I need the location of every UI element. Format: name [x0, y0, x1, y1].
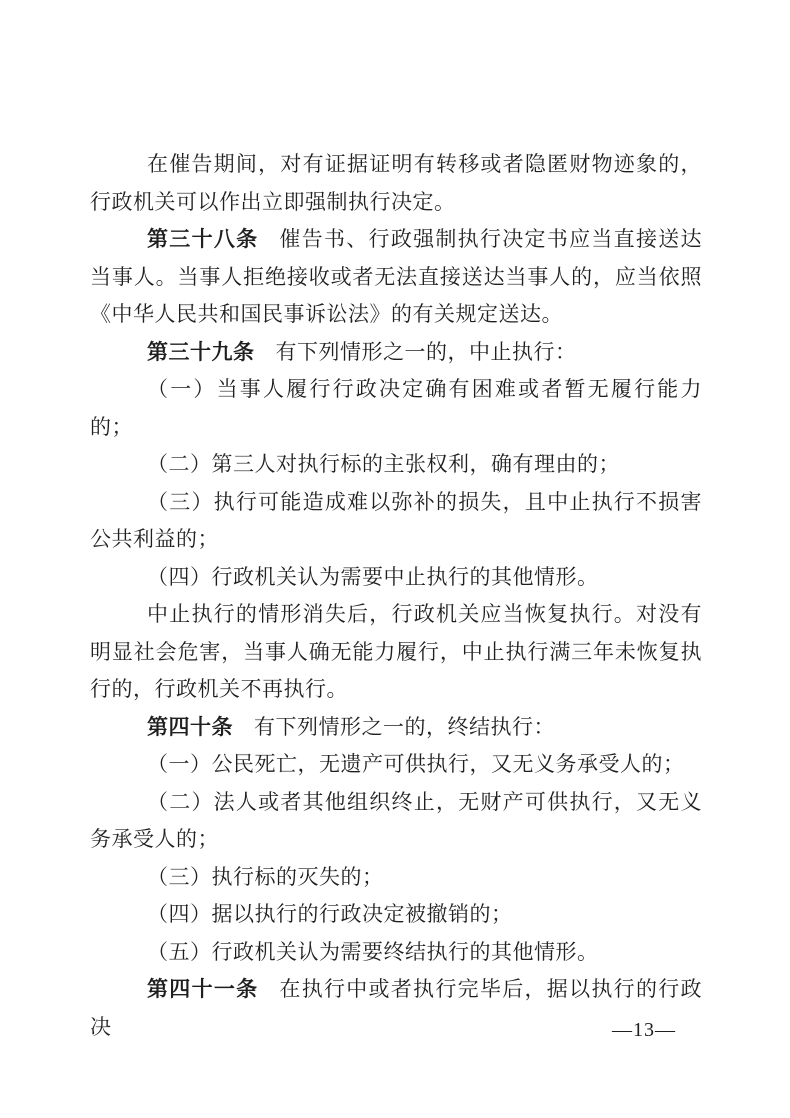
paragraph: （三）执行可能造成难以弥补的损失，且中止执行不损害公共利益的； — [90, 484, 702, 559]
paragraph-text: （三）执行标的灭失的； — [147, 865, 384, 889]
paragraph: （一）当事人履行行政决定确有困难或者暂无履行能力的； — [90, 371, 702, 446]
paragraph-text: （五）行政机关认为需要终结执行的其他情形。 — [147, 940, 599, 964]
paragraph-text: （二）法人或者其他组织终止，无财产可供执行，又无义务承受人的； — [90, 790, 702, 852]
document-body: 在催告期间，对有证据证明有转移或者隐匿财物迹象的，行政机关可以作出立即强制执行决… — [90, 146, 702, 1046]
paragraph: 中止执行的情形消失后，行政机关应当恢复执行。对没有明显社会危害，当事人确无能力履… — [90, 596, 702, 709]
paragraph-text: （一）当事人履行行政决定确有困难或者暂无履行能力的； — [90, 377, 702, 439]
paragraph-text: （三）执行可能造成难以弥补的损失，且中止执行不损害公共利益的； — [90, 490, 702, 552]
paragraph: （一）公民死亡，无遗产可供执行，又无义务承受人的； — [90, 746, 702, 784]
paragraph: 在催告期间，对有证据证明有转移或者隐匿财物迹象的，行政机关可以作出立即强制执行决… — [90, 146, 702, 221]
paragraph: 第四十条有下列情形之一的，终结执行： — [90, 709, 702, 747]
document-page: 在催告期间，对有证据证明有转移或者隐匿财物迹象的，行政机关可以作出立即强制执行决… — [0, 0, 790, 1118]
paragraph: （二）法人或者其他组织终止，无财产可供执行，又无义务承受人的； — [90, 784, 702, 859]
paragraph: （五）行政机关认为需要终结执行的其他情形。 — [90, 934, 702, 972]
paragraph-text: 有下列情形之一的，终结执行： — [254, 715, 555, 739]
article-term: 第三十八条 — [147, 228, 258, 251]
paragraph: （四）据以执行的行政决定被撤销的； — [90, 896, 702, 934]
paragraph-text: （四）行政机关认为需要中止执行的其他情形。 — [147, 565, 599, 589]
paragraph-text: （一）公民死亡，无遗产可供执行，又无义务承受人的； — [147, 752, 685, 776]
paragraph: 第三十九条有下列情形之一的，中止执行： — [90, 334, 702, 372]
paragraph: 第四十一条在执行中或者执行完毕后，据以执行的行政决 — [90, 971, 702, 1046]
paragraph-text: 中止执行的情形消失后，行政机关应当恢复执行。对没有明显社会危害，当事人确无能力履… — [90, 602, 702, 701]
paragraph-text: （二）第三人对执行标的主张权利，确有理由的； — [147, 452, 620, 476]
paragraph: （二）第三人对执行标的主张权利，确有理由的； — [90, 446, 702, 484]
article-term: 第四十一条 — [147, 978, 258, 1001]
paragraph: 第三十八条催告书、行政强制执行决定书应当直接送达当事人。当事人拒绝接收或者无法直… — [90, 221, 702, 334]
paragraph-text: （四）据以执行的行政决定被撤销的； — [147, 902, 513, 926]
article-term: 第三十九条 — [147, 341, 255, 364]
paragraph: （三）执行标的灭失的； — [90, 859, 702, 897]
paragraph: （四）行政机关认为需要中止执行的其他情形。 — [90, 559, 702, 597]
article-term: 第四十条 — [147, 716, 233, 739]
paragraph-text: 有下列情形之一的，中止执行： — [276, 340, 577, 364]
paragraph-text: 在催告期间，对有证据证明有转移或者隐匿财物迹象的，行政机关可以作出立即强制执行决… — [90, 152, 702, 214]
page-number: —13— — [612, 1019, 676, 1042]
